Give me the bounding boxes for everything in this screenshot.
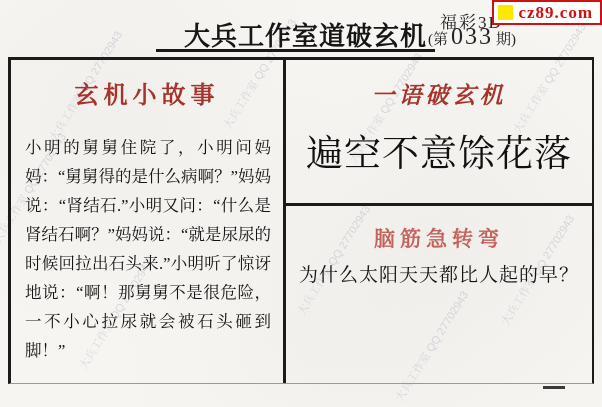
mystery-phrase-text: 遍空不意馀花落 bbox=[286, 123, 592, 177]
main-box: 玄机小故事 小明的舅舅住院了，小明问妈妈：“舅舅得的是什么病啊？”妈妈说：“肾结… bbox=[8, 57, 594, 384]
issue-number: 033 bbox=[448, 24, 496, 50]
site-badge-label: cz89.com bbox=[518, 3, 593, 23]
story-text: 小明的舅舅住院了，小明问妈妈：“舅舅得的是什么病啊？”妈妈说：“肾结石.”小明又… bbox=[25, 133, 271, 365]
mystery-phrase-title: 一语破玄机 bbox=[286, 60, 592, 110]
issue-suffix: 期) bbox=[496, 32, 516, 48]
page-title: 大兵工作室道破玄机 bbox=[184, 16, 427, 53]
mystery-phrase-panel: 一语破玄机 遍空不意馀花落 bbox=[286, 60, 592, 203]
brain-teaser-title: 脑筋急转弯 bbox=[286, 206, 592, 253]
story-panel: 玄机小故事 小明的舅舅住院了，小明问妈妈：“舅舅得的是什么病啊？”妈妈说：“肾结… bbox=[11, 60, 283, 383]
title-underline bbox=[156, 49, 435, 52]
yellow-square-icon bbox=[498, 5, 513, 20]
story-panel-title: 玄机小故事 bbox=[11, 75, 283, 110]
page: 大兵工作室 QQ 27702943 大兵工作室 QQ 27702943 大兵工作… bbox=[0, 0, 602, 407]
issue-prefix: (第 bbox=[428, 32, 448, 48]
bottom-corner-mark bbox=[543, 386, 565, 389]
right-panel: 一语破玄机 遍空不意馀花落 脑筋急转弯 为什么太阳天天都比人起的早？ bbox=[286, 60, 592, 383]
brain-teaser-panel: 脑筋急转弯 为什么太阳天天都比人起的早？ bbox=[286, 206, 592, 287]
site-badge[interactable]: cz89.com bbox=[492, 0, 602, 25]
issue-number-line: (第033期) bbox=[428, 24, 516, 51]
brain-teaser-question: 为什么太阳天天都比人起的早？ bbox=[286, 260, 592, 287]
